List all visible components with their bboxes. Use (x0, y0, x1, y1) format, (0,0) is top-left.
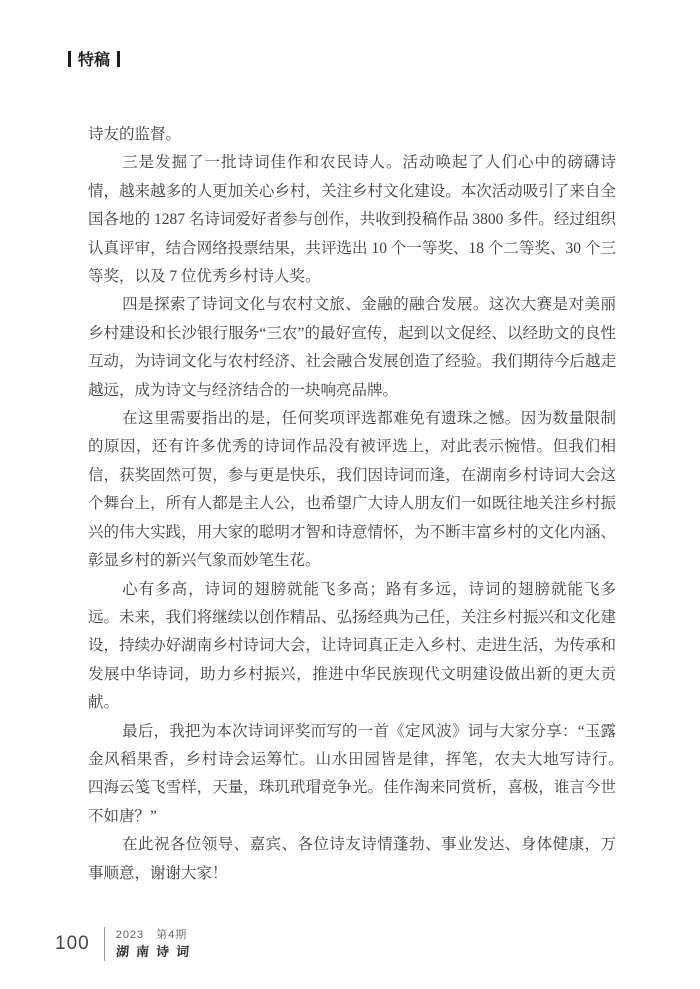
journal-title: 湖南诗词 (115, 943, 196, 961)
section-title: 特稿 (78, 47, 110, 70)
paragraph: 在此祝各位领导、嘉宾、各位诗友诗情蓬勃、事业发达、身体健康，万事顺意，谢谢大家！ (88, 831, 616, 888)
page-footer: 100 2023 第4期 湖南诗词 (55, 927, 196, 961)
paragraph: 心有多高，诗词的翅膀就能飞多高；路有多远，诗词的翅膀就能飞多远。未来，我们将继续… (88, 576, 616, 718)
paragraph: 三是发掘了一批诗词佳作和农民诗人。活动唤起了人们心中的磅礴诗情，越来越多的人更加… (88, 149, 616, 291)
footer-divider (104, 927, 105, 961)
header-bar-right (117, 51, 120, 67)
issue-info: 2023 第4期 (116, 928, 196, 943)
header-bar-left (68, 51, 71, 67)
page: 特稿 诗友的监督。 三是发掘了一批诗词佳作和农民诗人。活动唤起了人们心中的磅礴诗… (0, 0, 700, 989)
paragraph: 诗友的监督。 (88, 121, 616, 149)
section-header: 特稿 (68, 47, 120, 70)
paragraph: 最后，我把为本次诗词评奖而写的一首《定风波》词与大家分享：“玉露金风稻果香，乡村… (88, 718, 616, 832)
article-body: 诗友的监督。 三是发掘了一批诗词佳作和农民诗人。活动唤起了人们心中的磅礴诗情，越… (88, 121, 616, 888)
footer-meta: 2023 第4期 湖南诗词 (116, 928, 196, 961)
page-number: 100 (55, 933, 90, 955)
paragraph: 四是探索了诗词文化与农村文旅、金融的融合发展。这次大赛是对美丽乡村建设和长沙银行… (88, 291, 616, 405)
paragraph: 在这里需要指出的是，任何奖项评选都难免有遗珠之憾。因为数量限制的原因，还有许多优… (88, 405, 616, 575)
